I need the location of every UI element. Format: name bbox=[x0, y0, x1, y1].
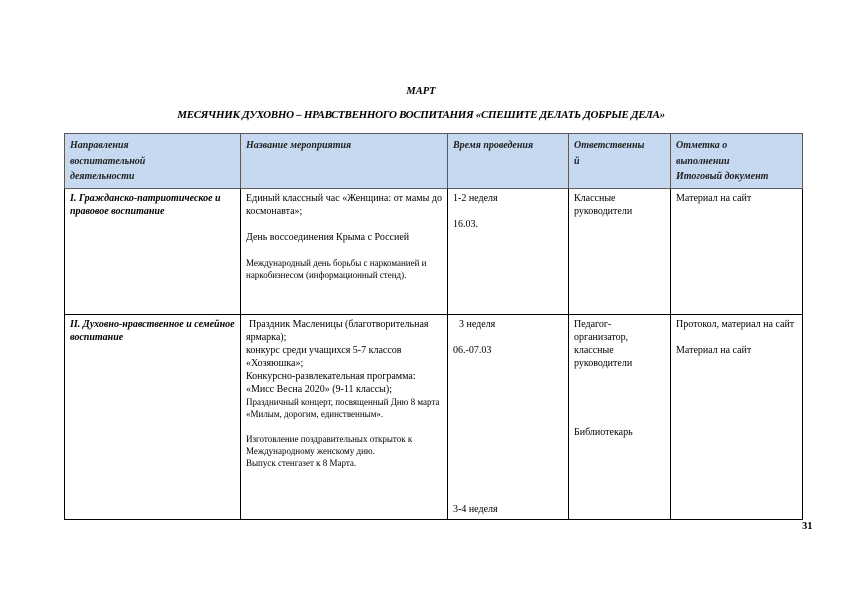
header-line: деятельности bbox=[70, 171, 134, 182]
header-time: Время проведения bbox=[448, 134, 569, 189]
responsible-cell: Педагог-организатор, классные руководите… bbox=[569, 314, 671, 519]
events-cell: Единый классный час «Женщина: от мамы до… bbox=[241, 188, 448, 314]
event-item: конкурс среди учащихся 5-7 классов «Хозя… bbox=[246, 344, 442, 370]
header-line: й bbox=[574, 156, 580, 167]
mark-value: Материал на сайт bbox=[676, 344, 797, 357]
activity-plan-table: Направления воспитательной деятельности … bbox=[64, 133, 803, 520]
direction-cell: II. Духовно-нравственное и семейное восп… bbox=[65, 314, 241, 519]
direction-cell: I. Гражданско-патриотическое и правовое … bbox=[65, 188, 241, 314]
responsible-value: Педагог-организатор, классные руководите… bbox=[574, 318, 665, 370]
event-item: Праздник Масленицы (благотворительная яр… bbox=[246, 318, 442, 344]
direction-label: II. Духовно-нравственное и семейное восп… bbox=[70, 318, 235, 344]
header-direction: Направления воспитательной деятельности bbox=[65, 134, 241, 189]
time-cell: 3 неделя 06.-07.03 3-4 неделя bbox=[448, 314, 569, 519]
table-header-row: Направления воспитательной деятельности … bbox=[65, 134, 803, 189]
responsible-value: Библиотекарь bbox=[574, 426, 665, 439]
table-row: I. Гражданско-патриотическое и правовое … bbox=[65, 188, 803, 314]
header-line: Отметка о bbox=[676, 140, 727, 151]
table-row: II. Духовно-нравственное и семейное восп… bbox=[65, 314, 803, 519]
mark-cell: Протокол, материал на сайт Материал на с… bbox=[671, 314, 803, 519]
header-line: Название мероприятия bbox=[246, 140, 351, 151]
header-line: Направления bbox=[70, 140, 129, 151]
event-item: Праздничный концерт, посвященный Дню 8 м… bbox=[246, 396, 442, 420]
header-line: Время проведения bbox=[453, 140, 533, 151]
header-line: выполнении bbox=[676, 156, 730, 167]
event-item: День воссоединения Крыма с Россией bbox=[246, 231, 442, 244]
mark-cell: Материал на сайт bbox=[671, 188, 803, 314]
events-cell: Праздник Масленицы (благотворительная яр… bbox=[241, 314, 448, 519]
page-title: МЕСЯЧНИК ДУХОВНО – НРАВСТВЕННОГО ВОСПИТА… bbox=[0, 109, 842, 121]
event-item: Международный день борьбы с наркоманией … bbox=[246, 257, 442, 281]
time-value: 3 неделя bbox=[453, 318, 563, 331]
time-value: 16.03. bbox=[453, 218, 563, 231]
header-event-name: Название мероприятия bbox=[241, 134, 448, 189]
month-heading: МАРТ bbox=[0, 86, 842, 97]
event-item: Выпуск стенгазет к 8 Марта. bbox=[246, 457, 442, 469]
header-line: Ответственны bbox=[574, 140, 644, 151]
event-item: Единый классный час «Женщина: от мамы до… bbox=[246, 192, 442, 218]
direction-label: I. Гражданско-патриотическое и правовое … bbox=[70, 192, 235, 218]
time-value: 1-2 неделя bbox=[453, 192, 563, 205]
time-value: 3-4 неделя bbox=[453, 503, 498, 516]
mark-value: Протокол, материал на сайт bbox=[676, 318, 797, 331]
responsible-value: Классные руководители bbox=[574, 192, 665, 218]
page-number: 31 bbox=[802, 521, 813, 532]
header-line: Итоговый документ bbox=[676, 171, 768, 182]
time-cell: 1-2 неделя 16.03. bbox=[448, 188, 569, 314]
event-item: Конкурсно-развлекательная программа: «Ми… bbox=[246, 370, 442, 396]
mark-value: Материал на сайт bbox=[676, 192, 797, 205]
event-item: Изготовление поздравительных открыток к … bbox=[246, 433, 442, 457]
header-responsible: Ответственны й bbox=[569, 134, 671, 189]
time-value: 06.-07.03 bbox=[453, 344, 563, 357]
responsible-cell: Классные руководители bbox=[569, 188, 671, 314]
header-line: воспитательной bbox=[70, 156, 145, 167]
header-completion-mark: Отметка о выполнении Итоговый документ bbox=[671, 134, 803, 189]
